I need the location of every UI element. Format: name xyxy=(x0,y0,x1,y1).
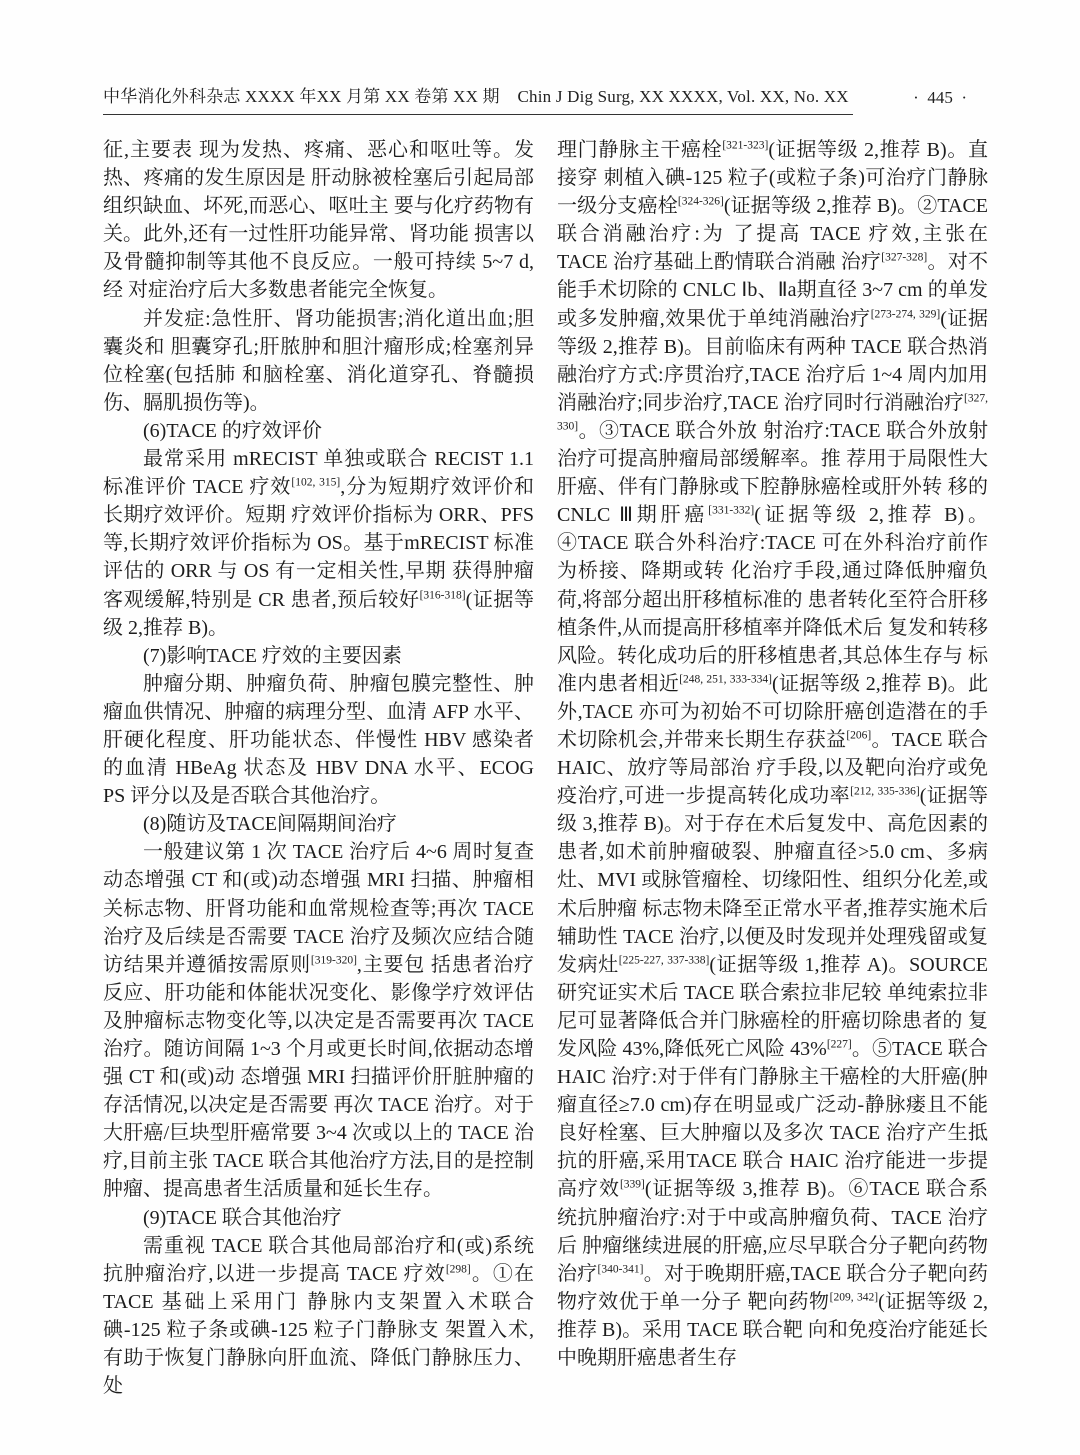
paragraph: 征,主要表 现为发热、疼痛、恶心和呕吐等。发热、疼痛的发生原因是 肝动脉被栓塞后… xyxy=(103,136,534,305)
text-column-right: 理门静脉主干癌栓[321-323](证据等级 2,推荐 B)。直接穿 刺植入碘-… xyxy=(557,136,988,1398)
reference-superscript: [273-274, 329] xyxy=(871,308,941,320)
reference-superscript: [248, 251, 333-334] xyxy=(679,673,772,685)
reference-superscript: [102, 315] xyxy=(291,476,340,488)
reference-superscript: [319-320] xyxy=(311,954,357,966)
paragraph: 最常采用 mRECIST 单独或联合 RECIST 1.1 标准评价 TACE … xyxy=(103,445,534,642)
reference-superscript: [324-326] xyxy=(678,196,724,208)
text-column-left: 征,主要表 现为发热、疼痛、恶心和呕吐等。发热、疼痛的发生原因是 肝动脉被栓塞后… xyxy=(103,136,534,1398)
journal-citation: 中华消化外科杂志 XXXX 年XX 月第 XX 卷第 XX 期 Chin J D… xyxy=(103,82,853,115)
reference-superscript: [298] xyxy=(446,1263,471,1275)
paragraph: 并发症:急性肝、肾功能损害;消化道出血;胆囊炎和 胆囊穿孔;肝脓肿和胆汁瘤形成;… xyxy=(103,305,534,417)
reference-superscript: [327-328] xyxy=(881,252,927,264)
section-heading: (7)影响TACE 疗效的主要因素 xyxy=(103,642,534,670)
reference-superscript: [339] xyxy=(620,1179,645,1191)
reference-superscript: [209, 342] xyxy=(830,1291,878,1303)
reference-superscript: [206] xyxy=(846,729,871,741)
page-number: · 445 · xyxy=(913,88,985,115)
section-heading: (6)TACE 的疗效评价 xyxy=(103,417,534,445)
reference-superscript: [340-341] xyxy=(598,1263,644,1275)
paragraph: 需重视 TACE 联合其他局部治疗和(或)系统抗肿瘤治疗,以进一步提高 TACE… xyxy=(103,1232,534,1398)
reference-superscript: [316-318] xyxy=(420,589,466,601)
reference-superscript: [331-332] xyxy=(708,505,754,517)
reference-superscript: [225-227, 337-338] xyxy=(619,954,710,966)
reference-superscript: [321-323] xyxy=(722,139,768,151)
paragraph: 理门静脉主干癌栓[321-323](证据等级 2,推荐 B)。直接穿 刺植入碘-… xyxy=(557,136,988,1372)
reference-superscript: [327, 330] xyxy=(557,392,988,432)
reference-superscript: [227] xyxy=(827,1038,852,1050)
page-header: 中华消化外科杂志 XXXX 年XX 月第 XX 卷第 XX 期 Chin J D… xyxy=(103,82,985,115)
reference-superscript: [212, 335-336] xyxy=(850,786,920,798)
section-heading: (9)TACE 联合其他治疗 xyxy=(103,1204,534,1232)
section-heading: (8)随访及TACE间隔期间治疗 xyxy=(103,810,534,838)
paragraph: 一般建议第 1 次 TACE 治疗后 4~6 周时复查动态增强 CT 和(或)动… xyxy=(103,838,534,1203)
journal-page: 中华消化外科杂志 XXXX 年XX 月第 XX 卷第 XX 期 Chin J D… xyxy=(0,0,1080,1455)
paragraph: 肿瘤分期、肿瘤负荷、肿瘤包膜完整性、肿瘤血供情况、肿瘤的病理分型、血清 AFP … xyxy=(103,670,534,810)
